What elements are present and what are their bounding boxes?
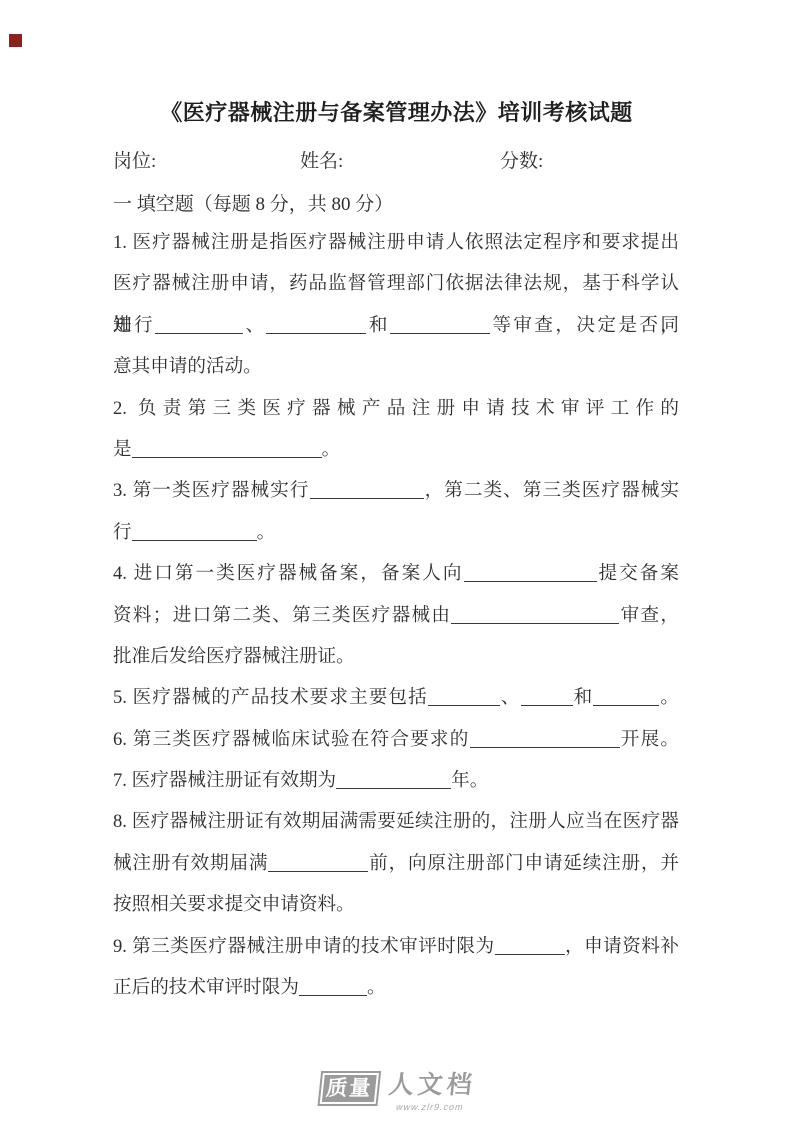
answer-blank <box>336 773 451 789</box>
question-line: 1. 医疗器械注册是指医疗器械注册申请人依照法定程序和要求提出 <box>113 222 679 263</box>
question-text: 是 <box>113 439 132 460</box>
question-line: 意其申请的活动。 <box>113 346 679 387</box>
answer-blank <box>155 318 243 334</box>
question-text: 。 <box>257 522 276 543</box>
question-text: 、 <box>243 315 266 336</box>
question-text: 。 <box>367 977 386 998</box>
answer-blank <box>268 856 368 872</box>
question-text: 8. 医疗器械注册证有效期届满需要延续注册的，注册人应当在医疗器 <box>113 811 679 832</box>
question-text: 和 <box>573 687 594 708</box>
answer-blank <box>390 318 490 334</box>
watermark-brand: 人文档 <box>387 1073 477 1098</box>
question-line: 进行、和等审查，决定是否同 <box>113 305 679 346</box>
question-line: 批准后发给医疗器械注册证。 <box>113 636 679 677</box>
answer-blank <box>132 525 257 541</box>
question-text: 年。 <box>451 770 488 791</box>
page-title: 《医疗器械注册与备案管理办法》培训考核试题 <box>0 98 793 128</box>
question-text: ，第二类、第三类医疗器械实 <box>424 480 679 501</box>
header-fields: 岗位: 姓名: 分数: <box>0 146 793 172</box>
question-text: 1. 医疗器械注册是指医疗器械注册申请人依照法定程序和要求提出 <box>113 232 679 253</box>
question-text: 正后的技术审评时限为 <box>113 977 299 998</box>
question-text: 7. 医疗器械注册证有效期为 <box>113 770 336 791</box>
watermark-text-block: 人文档 www.zlr9.com <box>385 1071 476 1112</box>
question-text: 。 <box>322 439 341 460</box>
answer-blank <box>495 939 565 955</box>
question-line: 医疗器械注册申请，药品监督管理部门依据法律法规，基于科学认知， <box>113 263 679 304</box>
question-line: 是。 <box>113 429 679 470</box>
question-text: 9. 第三类医疗器械注册申请的技术审评时限为 <box>113 936 495 957</box>
question-text: 提交备案 <box>597 563 679 584</box>
section-heading: 一 填空题（每题 8 分，共 80 分） <box>113 189 393 216</box>
answer-blank <box>470 732 620 748</box>
question-line: 8. 医疗器械注册证有效期届满需要延续注册的，注册人应当在医疗器 <box>113 801 679 842</box>
answer-blank <box>299 980 367 996</box>
question-text: 。 <box>659 687 679 708</box>
question-text: 进行 <box>113 315 155 336</box>
question-line: 6. 第三类医疗器械临床试验在符合要求的开展。 <box>113 719 679 760</box>
answer-blank <box>428 690 500 706</box>
question-text: 审查， <box>619 605 679 626</box>
question-text: ，申请资料补 <box>565 936 679 957</box>
watermark-logo: 质量 <box>317 1071 381 1106</box>
question-line: 正后的技术审评时限为。 <box>113 967 679 1008</box>
question-text: 按照相关要求提交申请资料。 <box>113 894 355 915</box>
question-text: 前，向原注册部门申请延续注册，并 <box>368 853 679 874</box>
question-line: 9. 第三类医疗器械注册申请的技术审评时限为，申请资料补 <box>113 926 679 967</box>
question-text: 行 <box>113 522 132 543</box>
question-line: 7. 医疗器械注册证有效期为年。 <box>113 760 679 801</box>
answer-blank <box>266 318 366 334</box>
question-text: 等审查，决定是否同 <box>490 315 679 336</box>
question-line: 4. 进口第一类医疗器械备案，备案人向提交备案 <box>113 553 679 594</box>
watermark-logo-text: 质量 <box>321 1075 376 1102</box>
field-name-label: 姓名: <box>300 146 343 173</box>
answer-blank <box>521 690 573 706</box>
question-text: 5. 医疗器械的产品技术要求主要包括 <box>113 687 428 708</box>
corner-mark <box>9 34 22 47</box>
watermark: 质量 人文档 www.zlr9.com <box>316 1071 476 1112</box>
question-text: 和 <box>366 315 389 336</box>
question-text: 、 <box>500 687 521 708</box>
answer-blank <box>464 566 597 582</box>
question-text: 资料；进口第二类、第三类医疗器械由 <box>113 605 451 626</box>
question-text: 4. 进口第一类医疗器械备案，备案人向 <box>113 563 464 584</box>
answer-blank <box>310 483 424 499</box>
field-score-label: 分数: <box>500 146 543 173</box>
question-text: 械注册有效期届满 <box>113 853 268 874</box>
answer-blank <box>451 608 619 624</box>
question-line: 3. 第一类医疗器械实行，第二类、第三类医疗器械实 <box>113 470 679 511</box>
document-page: 《医疗器械注册与备案管理办法》培训考核试题 岗位: 姓名: 分数: 一 填空题（… <box>0 0 793 1122</box>
question-text: 2. 负责第三类医疗器械产品注册申请技术审评工作的 <box>113 398 679 419</box>
question-text: 意其申请的活动。 <box>113 356 262 377</box>
question-text: 3. 第一类医疗器械实行 <box>113 480 310 501</box>
field-position-label: 岗位: <box>113 146 156 173</box>
question-line: 行。 <box>113 512 679 553</box>
question-text: 开展。 <box>620 729 679 750</box>
question-line: 2. 负责第三类医疗器械产品注册申请技术审评工作的 <box>113 388 679 429</box>
question-text: 6. 第三类医疗器械临床试验在符合要求的 <box>113 729 470 750</box>
questions: 1. 医疗器械注册是指医疗器械注册申请人依照法定程序和要求提出医疗器械注册申请，… <box>113 222 679 1008</box>
question-line: 按照相关要求提交申请资料。 <box>113 884 679 925</box>
question-line: 5. 医疗器械的产品技术要求主要包括、和。 <box>113 677 679 718</box>
answer-blank <box>593 690 659 706</box>
question-line: 械注册有效期届满前，向原注册部门申请延续注册，并 <box>113 843 679 884</box>
answer-blank <box>132 442 322 458</box>
question-line: 资料；进口第二类、第三类医疗器械由审查， <box>113 595 679 636</box>
question-text: 批准后发给医疗器械注册证。 <box>113 646 355 667</box>
watermark-url: www.zlr9.com <box>395 1102 464 1112</box>
